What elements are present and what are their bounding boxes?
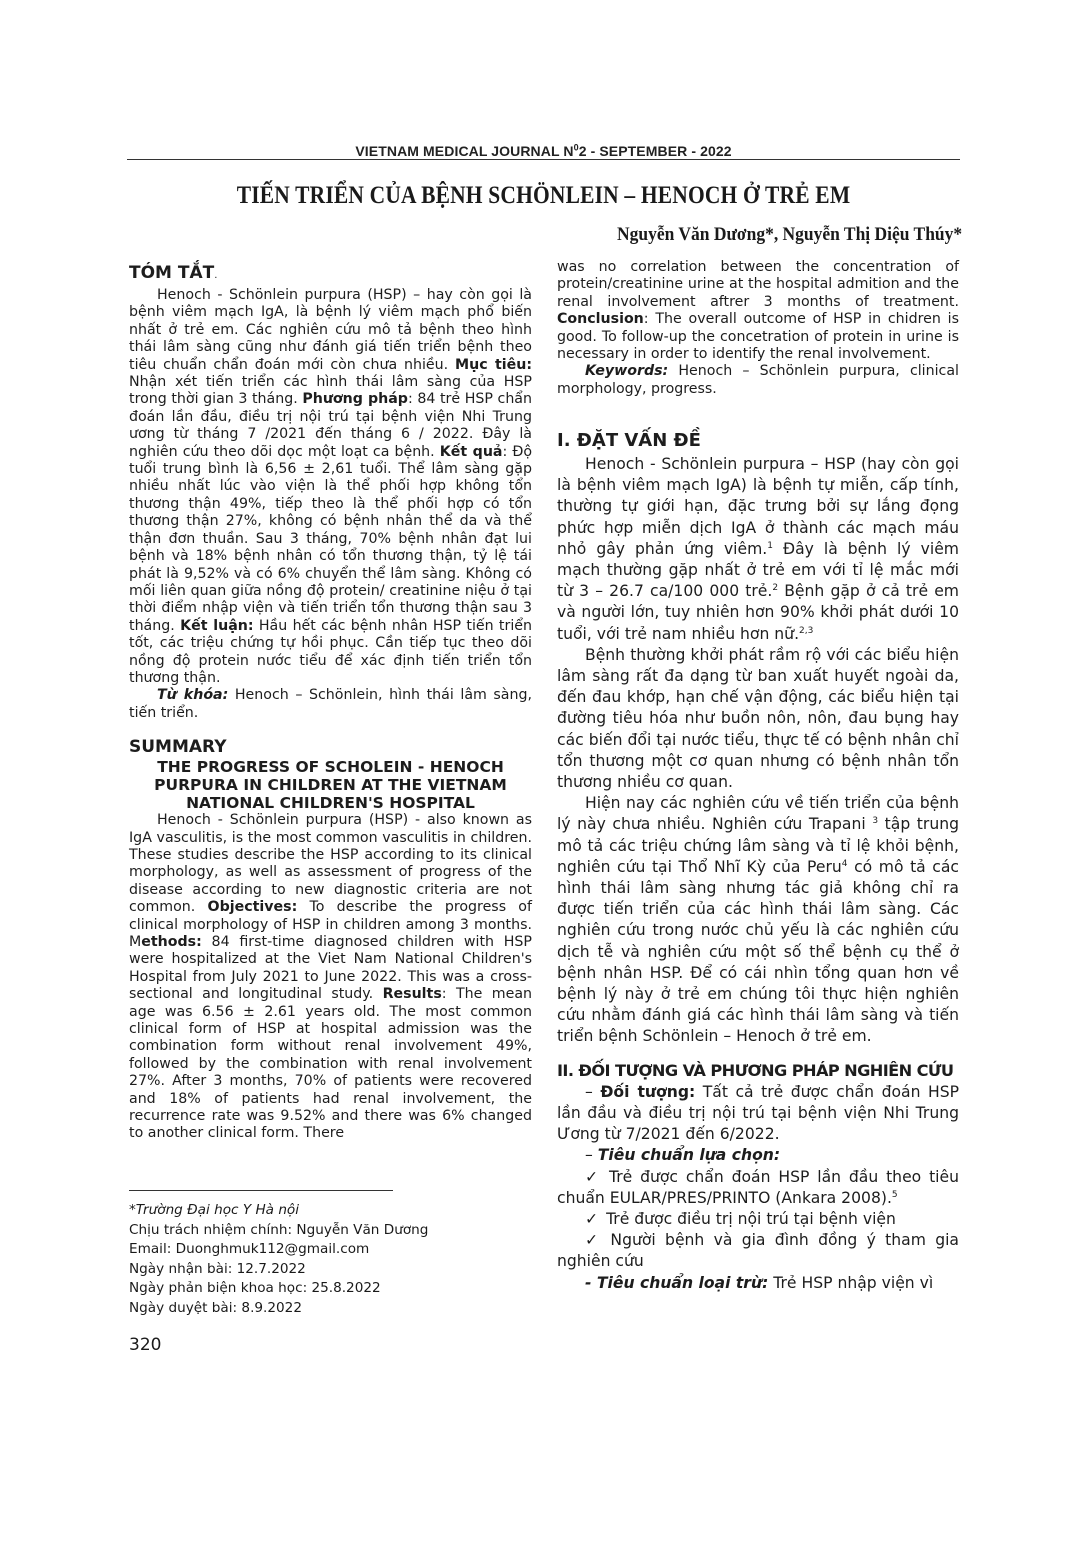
methods-en-label: ethods:: [141, 934, 202, 950]
objective-label: Mục tiêu:: [455, 357, 532, 373]
summary-title: THE PROGRESS OF SCHOLEIN - HENOCH PURPUR…: [129, 758, 532, 812]
author-email: Email: Duonghmuk112@gmail.com: [129, 1240, 529, 1260]
summary-heading: SUMMARY: [129, 736, 532, 758]
checkmark-icon: ✓: [585, 1210, 598, 1228]
footnote: *Trường Đại học Y Hà nội Chịu trách nhiệ…: [129, 1201, 529, 1319]
page-number: 320: [129, 1335, 161, 1355]
s1p3-text-c: có mô tả các hình thái lâm sàng nhưng tá…: [557, 858, 959, 1046]
checkmark-icon: ✓: [585, 1231, 602, 1249]
journal-page: VIETNAM MEDICAL JOURNAL N02 - SEPTEMBER …: [0, 0, 1090, 1541]
dash: –: [585, 1083, 600, 1101]
exclusion-paragraph: - Tiêu chuẩn loại trừ: Trẻ HSP nhập viện…: [557, 1273, 959, 1294]
criterion-text: Người bệnh và gia đình đồng ý tham gia n…: [557, 1231, 959, 1270]
section-1: I. ĐẶT VẤN ĐỀ Henoch - Schönlein purpura…: [557, 428, 959, 1294]
objectives-label: Objectives:: [208, 899, 298, 915]
running-head-issue: 2 - SEPTEMBER - 2022: [579, 143, 732, 159]
criterion-text: Trẻ được điều trị nội trú tại bệnh viện: [606, 1210, 896, 1228]
footnote-rule: [129, 1190, 393, 1191]
exclusion-label: - Tiêu chuẩn loại trừ:: [585, 1274, 768, 1292]
subjects-paragraph: – Đối tượng: Tất cả trẻ được chẩn đoán H…: [557, 1082, 959, 1146]
corresponding-author: Chịu trách nhiệm chính: Nguyễn Văn Dương: [129, 1221, 529, 1241]
criterion-item: ✓Trẻ được điều trị nội trú tại bệnh viện: [557, 1209, 959, 1230]
article-authors: Nguyễn Văn Dương*, Nguyễn Thị Diệu Thúy*: [617, 224, 962, 246]
keywords-en-label: Keywords:: [585, 363, 668, 379]
results-en-text: : The mean age was 6.56 ± 2.61 years old…: [129, 986, 532, 1141]
citation-ref: 5: [892, 1190, 898, 1200]
abstract-vi-heading: TÓM TẮT.: [129, 262, 532, 287]
subjects-label: Đối tượng:: [600, 1083, 695, 1101]
article-title: TIẾN TRIỂN CỦA BỆNH SCHÖNLEIN – HENOCH Ở…: [185, 182, 901, 210]
abstract-vi-body: Henoch - Schönlein purpura (HSP) – hay c…: [129, 287, 532, 687]
header-rule: [127, 159, 960, 160]
date-accepted: Ngày duyệt bài: 8.9.2022: [129, 1299, 529, 1319]
section-2-heading: II. ĐỐI TƯỢNG VÀ PHƯƠNG PHÁP NGHIÊN CỨU: [557, 1060, 959, 1082]
dash: –: [585, 1146, 598, 1164]
criterion-text: Trẻ được chẩn đoán HSP lần đầu theo tiêu…: [557, 1168, 959, 1207]
summary-keywords: Keywords: Henoch – Schönlein purpura, cl…: [557, 363, 959, 398]
date-received: Ngày nhận bài: 12.7.2022: [129, 1260, 529, 1280]
inclusion-heading: – Tiêu chuẩn lựa chọn:: [557, 1145, 959, 1166]
conclusion-label: Kết luận:: [180, 618, 253, 634]
results-label: Kết quả: [440, 444, 503, 460]
date-reviewed: Ngày phản biện khoa học: 25.8.2022: [129, 1279, 529, 1299]
conclusion-en-label: Conclusion: [557, 311, 644, 327]
right-column: was no correlation between the concentra…: [557, 259, 959, 398]
abstract-vi-heading-text: TÓM TẮT: [129, 263, 214, 283]
running-head: VIETNAM MEDICAL JOURNAL N02 - SEPTEMBER …: [127, 143, 960, 159]
results-en-label: Results: [383, 986, 442, 1002]
citation-ref: 2,3: [799, 625, 813, 635]
inclusion-label: Tiêu chuẩn lựa chọn:: [598, 1146, 780, 1164]
criterion-item: ✓Trẻ được chẩn đoán HSP lần đầu theo tiê…: [557, 1167, 959, 1209]
section-1-paragraph-1: Henoch - Schönlein purpura – HSP (hay cò…: [557, 454, 959, 645]
methods-label: Phương pháp: [302, 391, 408, 407]
section-1-paragraph-2: Bệnh thường khởi phát rầm rộ với các biể…: [557, 645, 959, 793]
keywords-vi-label: Từ khóa:: [157, 687, 228, 703]
results-en-text-continued: was no correlation between the concentra…: [557, 259, 959, 310]
summary-body: Henoch - Schönlein purpura (HSP) - also …: [129, 812, 532, 1143]
left-column: TÓM TẮT. Henoch - Schönlein purpura (HSP…: [129, 262, 532, 1143]
section-1-paragraph-3: Hiện nay các nghiên cứu về tiến triển củ…: [557, 793, 959, 1047]
checkmark-icon: ✓: [585, 1168, 601, 1186]
affiliation: *Trường Đại học Y Hà nội: [129, 1202, 299, 1218]
running-head-text: VIETNAM MEDICAL JOURNAL N: [355, 143, 573, 159]
criterion-item: ✓Người bệnh và gia đình đồng ý tham gia …: [557, 1230, 959, 1272]
results-text: : Độ tuổi trung bình là 6,56 ± 2,61 tuổi…: [129, 444, 532, 634]
exclusion-text: Trẻ HSP nhập viện vì: [768, 1274, 933, 1292]
summary-body-continued: was no correlation between the concentra…: [557, 259, 959, 363]
abstract-vi-keywords: Từ khóa: Henoch – Schönlein, hình thái l…: [129, 687, 532, 722]
section-1-heading: I. ĐẶT VẤN ĐỀ: [557, 428, 959, 454]
